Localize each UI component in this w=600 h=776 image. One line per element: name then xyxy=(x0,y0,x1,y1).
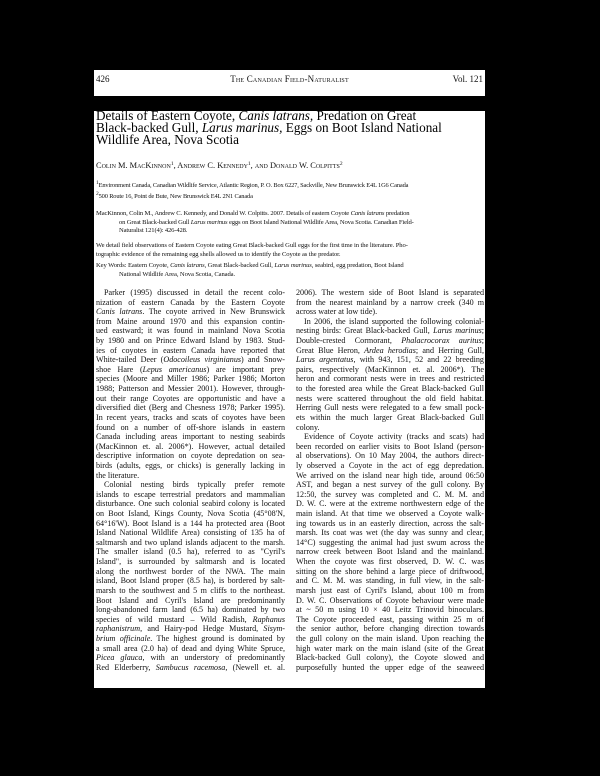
body-text-line: Larus argentatus, with 943, 151, 52 and … xyxy=(296,355,484,365)
body-text-line: and C. M. M. was standing, in full view,… xyxy=(296,576,484,586)
body-text-line: Parker (1995) discussed in detail the re… xyxy=(96,288,285,298)
body-text-line: The smaller island (0.5 ha), referred to… xyxy=(96,547,285,557)
body-text-line: a small area (2.0 ha) of dead and dying … xyxy=(96,644,285,654)
body-text-line: D. W. C. Observations of Coyote behaviou… xyxy=(296,596,484,606)
body-text-line: sitting on the shore behind a large piec… xyxy=(296,567,484,577)
body-text-line: pairs, respectively (MacKinnon et. al. 2… xyxy=(296,365,484,375)
citation-line: MacKinnon, Colin M., Andrew C. Kennedy, … xyxy=(96,210,484,219)
body-text-line: 2006). The western side of Boot Island i… xyxy=(296,288,484,298)
body-text-line: al observations). On 10 May 2004, the au… xyxy=(296,451,484,461)
body-text-line: nesting birds: Great Black-backed Gull, … xyxy=(296,326,484,336)
body-text-line: species (Moore and Miller 1986; Parker 1… xyxy=(96,374,285,384)
body-text-line: D. W. C. were at the extreme northwester… xyxy=(296,499,484,509)
article-title: Details of Eastern Coyote, Canis latrans… xyxy=(96,110,484,147)
body-text-line: on Boot Island, Kings County, Nova Scoti… xyxy=(96,509,285,519)
body-text-line: ies of coyotes in eastern Canada have re… xyxy=(96,346,285,356)
body-text-line: When the coyote was first observed, D. W… xyxy=(296,557,484,567)
body-text-line: Canis latrans. The coyote arrived in New… xyxy=(96,307,285,317)
body-text-line: marsh. Its coat was wet (the day was sun… xyxy=(296,528,484,538)
body-text-line: marsh just east of Cyril's Island, about… xyxy=(296,586,484,596)
abstract: We detail field observations of Eastern … xyxy=(96,242,484,259)
body-text-line: marsh to the southwest and 5 m cliffs to… xyxy=(96,586,285,596)
body-text-line: Double-crested Cormorant, Phalacrocorax … xyxy=(296,336,484,346)
body-text-line: descriptive information on coyote depred… xyxy=(96,451,285,461)
body-text-line: nization of eastern Canada by the Easter… xyxy=(96,298,285,308)
body-text-line: long-abandoned farm land (6.5 ha) domina… xyxy=(96,605,285,615)
author-name: Donald W. Colpitts xyxy=(270,161,340,170)
body-text-line: 12:50, the survey was completed and C. M… xyxy=(296,490,484,500)
body-text-line: 1988; Patterson and Messier 2001). Howev… xyxy=(96,384,285,394)
title-line: Wildlife Area, Nova Scotia xyxy=(96,134,484,146)
body-text-line: purposefully hunted the upper edge of th… xyxy=(296,663,484,673)
body-text-line: Colonial nesting birds typically prefer … xyxy=(96,480,285,490)
body-text-line: been recorded on earlier visits to Boot … xyxy=(296,442,484,452)
body-text-line: birds (adults, eggs, or chicks) is gener… xyxy=(96,461,285,471)
volume-label: Vol. 121 xyxy=(453,74,483,84)
body-text-line: Evidence of Coyote activity (tracks and … xyxy=(296,432,484,442)
body-text-line: the gull colony on the main island. Upon… xyxy=(296,634,484,644)
body-text-line: The Coyote proceeded east, passing withi… xyxy=(296,615,484,625)
body-text-line: Herring Gull nests were relegated to a f… xyxy=(296,403,484,413)
body-text-line: Red Elderberry, Sambucus racemosa, (Newe… xyxy=(96,663,285,673)
body-text-line: diversified diet (Berg and Chesness 1978… xyxy=(96,403,285,413)
body-text-line: 14°C) suggesting the animal had just swu… xyxy=(296,538,484,548)
affiliation: 1Environment Canada, Canadian Wildlife S… xyxy=(96,179,486,190)
body-column-right: 2006). The western side of Boot Island i… xyxy=(296,288,484,672)
keywords-line: Key Words: Eastern Coyote, Canis latrans… xyxy=(96,262,484,271)
body-text-line: colony. xyxy=(296,423,484,433)
body-text-line: narrow creek between Boot Island and the… xyxy=(296,547,484,557)
body-text-line: raphanistrum, and Hairy-pod Hedge Mustar… xyxy=(96,624,285,634)
abstract-line: tographic evidence of the remaining egg … xyxy=(96,251,484,260)
body-text-line: high water mark on the main island (site… xyxy=(296,644,484,654)
citation: MacKinnon, Colin M., Andrew C. Kennedy, … xyxy=(96,210,484,236)
affiliation: 2500 Route 16, Point de Bute, New Brunsw… xyxy=(96,190,486,201)
body-text-line: Picea glauca, with an understory of pred… xyxy=(96,653,285,663)
body-text-line: We arrived on the island near high tide,… xyxy=(296,471,484,481)
body-text-line: from Maine around 1970 and this expansio… xyxy=(96,317,285,327)
body-text-line: AST, and began a nest survey of the gull… xyxy=(296,480,484,490)
body-text-line: Island National Wildlife Area) consistin… xyxy=(96,528,285,538)
citation-line: on Great Black-backed Gull Larus marinus… xyxy=(96,219,484,228)
key-words: Key Words: Eastern Coyote, Canis latrans… xyxy=(96,262,484,279)
body-text-line: by 1980 and on Prince Edward Island by 1… xyxy=(96,336,285,346)
body-text-line: ued eastward; it was found in mainland N… xyxy=(96,326,285,336)
journal-name: The Canadian Field-Naturalist xyxy=(94,74,485,84)
author-name: Andrew C. Kennedy xyxy=(177,161,248,170)
body-text-line: In recent years, tracks and scats of coy… xyxy=(96,413,285,423)
body-text-line: to the forested area while the Great Bla… xyxy=(296,384,484,394)
body-text-line: species of wild mustard – Wild Radish, R… xyxy=(96,615,285,625)
author-name: Colin M. MacKinnon xyxy=(96,161,171,170)
author-list: Colin M. MacKinnon1, Andrew C. Kennedy1,… xyxy=(96,161,343,170)
body-text-line: found on a number of off-shore islands i… xyxy=(96,423,285,433)
body-text-line: 64°16'W). Boot Island is a 144 ha protec… xyxy=(96,519,285,529)
body-text-line: In 2006, the island supported the follow… xyxy=(296,317,484,327)
body-text-line: shoe Hare (Lepus americanus) are importa… xyxy=(96,365,285,375)
body-text-line: the senior author, before changing direc… xyxy=(296,624,484,634)
body-text-line: (MacKinnon et. al. 2006*). However, actu… xyxy=(96,442,285,452)
body-text-line: the literature. xyxy=(96,471,285,481)
body-text-line: across water at low tide). xyxy=(296,307,484,317)
body-text-line: ing towards us in an easterly direction,… xyxy=(296,519,484,529)
body-text-line: at ~ 50 m using 10 × 40 Leitz Trinovid b… xyxy=(296,605,484,615)
body-text-line: ets within the much larger Great Black-b… xyxy=(296,413,484,423)
body-text-line: Boot Island and Cyril's Island are predo… xyxy=(96,596,285,606)
body-text-line: island, Boot Island proper (8.5 ha), is … xyxy=(96,576,285,586)
body-text-line: along the northwest border of the NWA. T… xyxy=(96,567,285,577)
body-column-left: Parker (1995) discussed in detail the re… xyxy=(96,288,285,672)
body-text-line: disturbance. One such colonial seabird c… xyxy=(96,499,285,509)
body-text-line: from the nearest mainland by a narrow cr… xyxy=(296,298,484,308)
abstract-line: We detail field observations of Eastern … xyxy=(96,242,484,251)
body-text-line: Canada including areas important to nest… xyxy=(96,432,285,442)
body-text-line: saltmarsh and two upland islands adjacen… xyxy=(96,538,285,548)
citation-line: Naturalist 121(4): 426-428. xyxy=(96,227,484,236)
body-text-line: out their range Coyotes are opportunisti… xyxy=(96,394,285,404)
keywords-line: National Wildlife Area, Nova Scotia, Can… xyxy=(96,271,484,280)
body-text-line: White-tailed Deer (Odocoileus virginianu… xyxy=(96,355,285,365)
body-text-line: main island. At that time we observed a … xyxy=(296,509,484,519)
body-text-line: islands to escape terrestrial predators … xyxy=(96,490,285,500)
body-text-line: Black-backed Gull colony), the Coyote sl… xyxy=(296,653,484,663)
body-text-line: heron and cormorant nests were in trees … xyxy=(296,374,484,384)
body-text-line: Island", is surrounded by saltmarsh and … xyxy=(96,557,285,567)
body-text-line: brium officinale. The highest ground is … xyxy=(96,634,285,644)
body-text-line: Great Blue Heron, Ardea herodias; and He… xyxy=(296,346,484,356)
affiliations: 1Environment Canada, Canadian Wildlife S… xyxy=(96,179,486,201)
body-text-line: ly observed a Coyote in the act of egg d… xyxy=(296,461,484,471)
body-text-line: nests were scattered throughout the old … xyxy=(296,394,484,404)
